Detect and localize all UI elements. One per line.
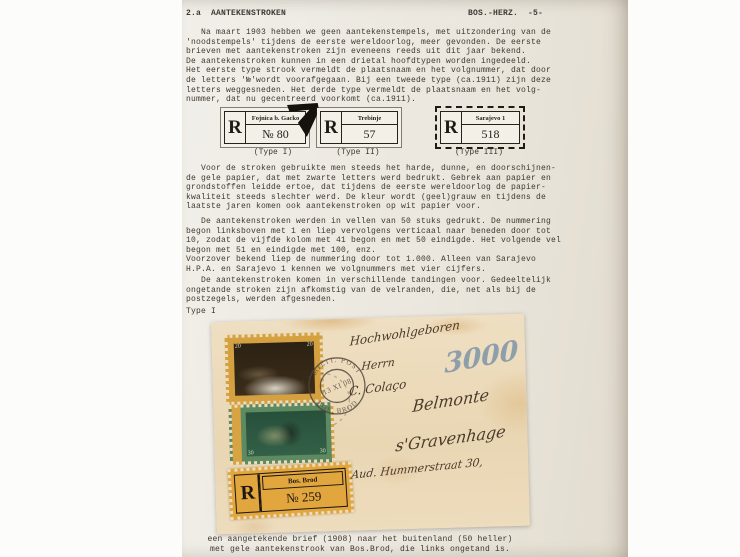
postmark-bottom-text: BOS. BROD [315, 398, 360, 415]
handwriting-street: Aud. Hummerstraat 30, [351, 456, 484, 482]
handwriting-city: s'Gravenhage [395, 421, 507, 455]
stamp-value: 20 [307, 342, 313, 348]
type3-caption: (Type III) [432, 148, 526, 157]
stamp-value: 30 [248, 450, 254, 456]
type1-caption: (Type I) [228, 148, 318, 157]
stamp-value: 30 [320, 448, 326, 454]
handwriting-salutation: Hochwohlgeboren [349, 318, 460, 349]
type2-caption: (Type II) [316, 148, 400, 157]
paragraph-paper: Voor de stroken gebruikte men steeds het… [186, 164, 556, 212]
type-heading: Type I [186, 307, 216, 317]
page-reference: BOS.-HERZ. -5- [468, 9, 543, 19]
paragraph-perforation: De aantekenstroken komen in verschillend… [186, 276, 551, 305]
registration-label-type1: R Fojnica b. Gacko № 80 [224, 111, 306, 144]
label-number: № 80 [246, 125, 305, 143]
label-place: Trebinje [342, 112, 397, 125]
svg-text:BOS. BROD: BOS. BROD [315, 398, 360, 415]
svg-text:MILIT. POST: MILIT. POST [309, 355, 363, 377]
paragraph-numbering: De aantekenstroken werden in vellen van … [186, 217, 561, 275]
section-heading: 2.a AANTEKENSTROKEN [186, 9, 286, 19]
registration-label-type3: R Sarajevo 1 518 [440, 111, 520, 144]
paragraph-intro: Na maart 1903 hebben we geen aantekenste… [186, 28, 551, 105]
r-letter: R [235, 474, 262, 512]
r-letter: R [441, 112, 462, 143]
label-number: № 259 [263, 485, 345, 509]
label-number: 518 [462, 125, 519, 143]
stamp-value: 20 [235, 344, 241, 350]
label-place: Sarajevo 1 [462, 112, 519, 125]
registration-label-type2: R Trebinje 57 [320, 111, 398, 144]
label-place: Fojnica b. Gacko [246, 112, 305, 125]
handwriting-belmonte: Belmonte [412, 385, 490, 416]
postmark-top-text: MILIT. POST [309, 355, 363, 377]
r-letter: R [225, 112, 246, 143]
handwriting-blue-crayon-number: 3000 [444, 335, 518, 380]
registered-cover-photo: 20 20 30 30 MILIT. POST BOS. BROD 13 XI … [211, 314, 530, 535]
figure-caption: een aangetekende brief (1908) naar het b… [200, 535, 520, 554]
album-page-photo: 2.a AANTEKENSTROKEN BOS.-HERZ. -5- Na ma… [0, 0, 740, 557]
label-number: 57 [342, 125, 397, 143]
registration-label-bos-brod: R Bos. Brod № 259 [227, 461, 354, 520]
r-letter: R [321, 112, 342, 143]
